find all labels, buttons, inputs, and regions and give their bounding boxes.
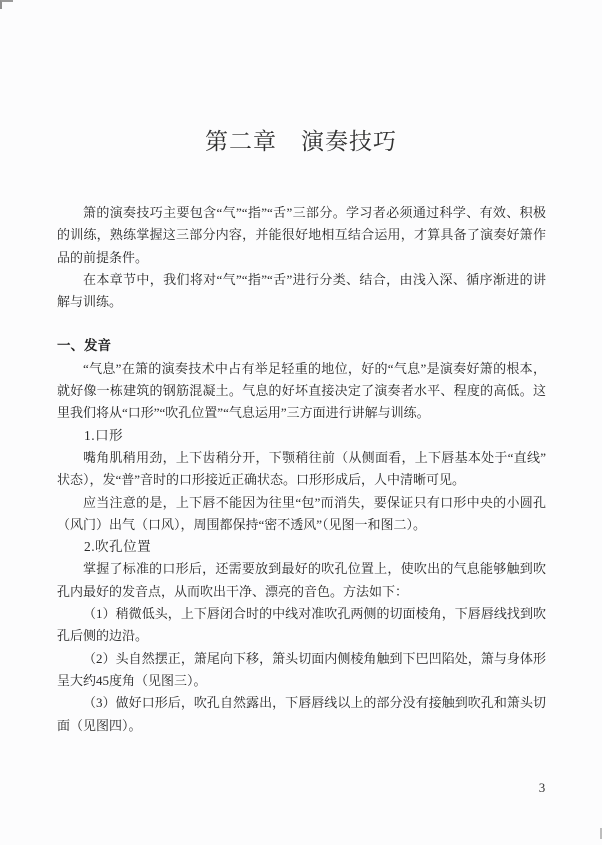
subsection-heading-kouxing: 1.口形 [57,425,546,447]
chuikong-item-2: （2）头自然摆正，箫尾向下移，箫头切面内侧棱角触到下巴凹陷处，箫与身体形呈大约4… [57,648,546,693]
book-page: 第二章 演奏技巧 箫的演奏技巧主要包含“气”“指”“舌”三部分。学习者必须通过科… [0,0,602,845]
chuikong-item-3: （3）做好口形后，吹孔自然露出，下唇唇线以上的部分没有接触到吹孔和箫头切面（见图… [57,692,546,737]
page-body: 箫的演奏技巧主要包含“气”“指”“舌”三部分。学习者必须通过科学、有效、积极的训… [57,202,546,737]
chuikong-paragraph-1: 掌握了标准的口形后，还需要放到最好的吹孔位置上，使吹出的气息能够触到吹孔内最好的… [57,558,546,603]
page-number: 3 [532,780,552,796]
kouxing-paragraph-1: 嘴角肌稍用劲，上下齿稍分开，下颚稍往前（从侧面看，上下唇基本处于“直线”状态），… [57,447,546,492]
scan-corner-artifact [0,0,13,9]
fayin-paragraph-1: “气息”在箫的演奏技术中占有举足轻重的地位，好的“气息”是演奏好箫的根本，就好像… [57,358,546,425]
chuikong-item-1: （1）稍微低头，上下唇闭合时的中线对准吹孔两侧的切面棱角，下唇唇线找到吹孔后侧的… [57,603,546,648]
subsection-heading-chuikong: 2.吹孔位置 [57,536,546,558]
chapter-title: 第二章 演奏技巧 [0,123,602,156]
section-heading-fayin: 一、发音 [57,335,546,357]
intro-paragraph-2: 在本章节中，我们将对“气”“指”“舌”进行分类、结合，由浅入深、循序渐进的讲解与… [57,269,546,314]
intro-paragraph-1: 箫的演奏技巧主要包含“气”“指”“舌”三部分。学习者必须通过科学、有效、积极的训… [57,202,546,269]
kouxing-paragraph-2: 应当注意的是，上下唇不能因为往里“包”而消失，要保证只有口形中央的小圆孔（风门）… [57,492,546,537]
